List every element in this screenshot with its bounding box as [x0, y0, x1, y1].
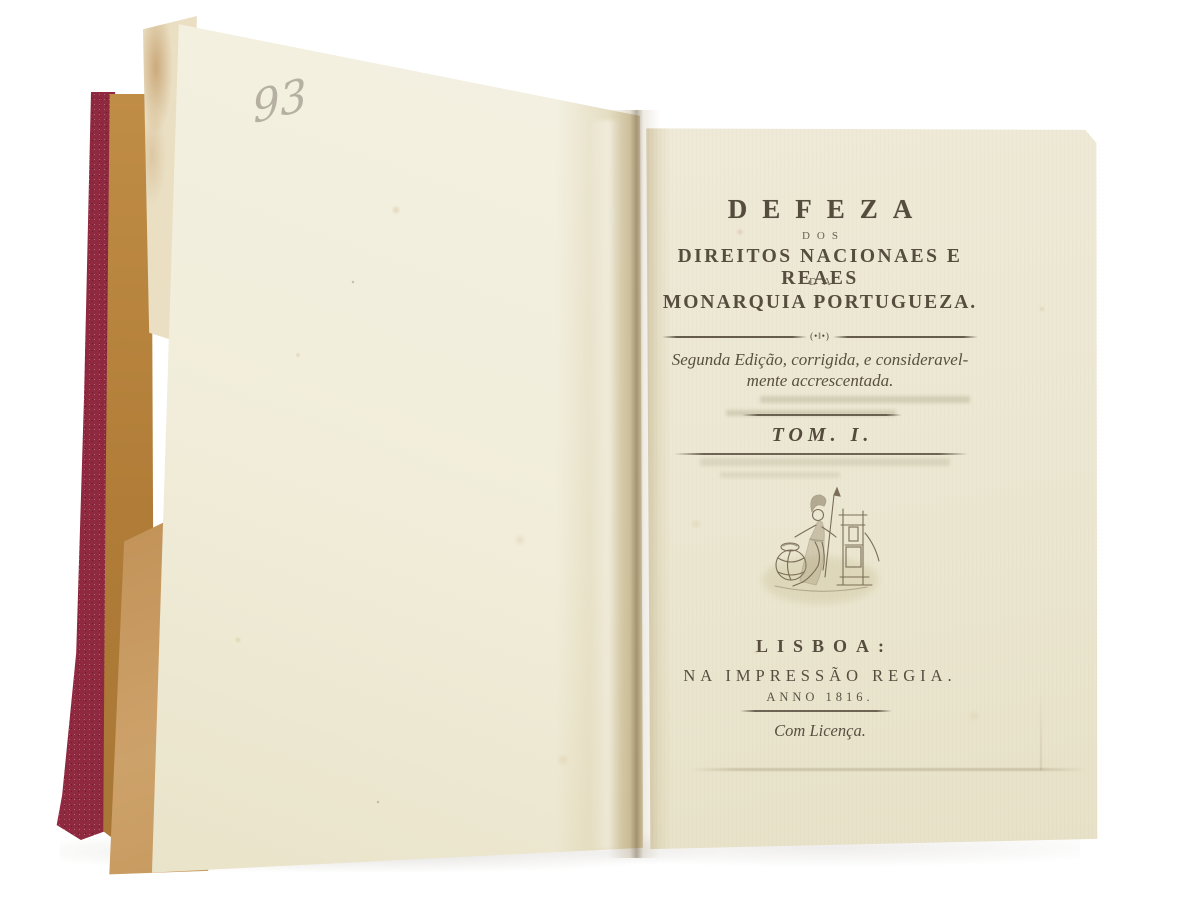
edition-statement-line2: mente accrescentada.	[650, 371, 990, 391]
rule-divider	[742, 414, 902, 416]
license-statement: Com Licença.	[650, 721, 990, 741]
title-page-text-block: DEFEZA DOS DIREITOS NACIONAES E REAES DA…	[650, 128, 990, 844]
title-word-da: DA	[650, 276, 990, 288]
imprint-city: LISBOA:	[650, 636, 990, 657]
edition-statement-line1: Segunda Edição, corrigida, e considerave…	[650, 350, 990, 370]
rule-divider	[674, 453, 968, 455]
title-line-monarchy: MONARQUIA PORTUGUEZA.	[650, 292, 990, 314]
book-title: DEFEZA	[650, 194, 990, 225]
divider-bar	[662, 336, 807, 338]
divider-bar	[833, 336, 978, 338]
gutter-shadow	[608, 110, 660, 858]
imprint-year: ANNO 1816.	[650, 690, 990, 705]
title-word-dos: DOS	[650, 230, 990, 242]
ornamental-divider: (•‖•)	[650, 332, 990, 341]
volume-number: TOM. I.	[650, 424, 990, 447]
book-photograph: 93 DEFEZA DOS DIREITOS NACIONAES E REAES…	[0, 0, 1200, 900]
vignette-icon	[745, 480, 895, 612]
red-cover-edge-right	[1090, 140, 1105, 848]
rule-divider	[740, 710, 892, 712]
imprint-press: NA IMPRESSÃO REGIA.	[650, 666, 990, 686]
divider-ornament-icon: (•‖•)	[807, 332, 833, 341]
left-blank-page	[148, 20, 645, 876]
plate-mark-crease-vertical	[1040, 690, 1042, 770]
minerva-press-engraving	[745, 480, 895, 612]
